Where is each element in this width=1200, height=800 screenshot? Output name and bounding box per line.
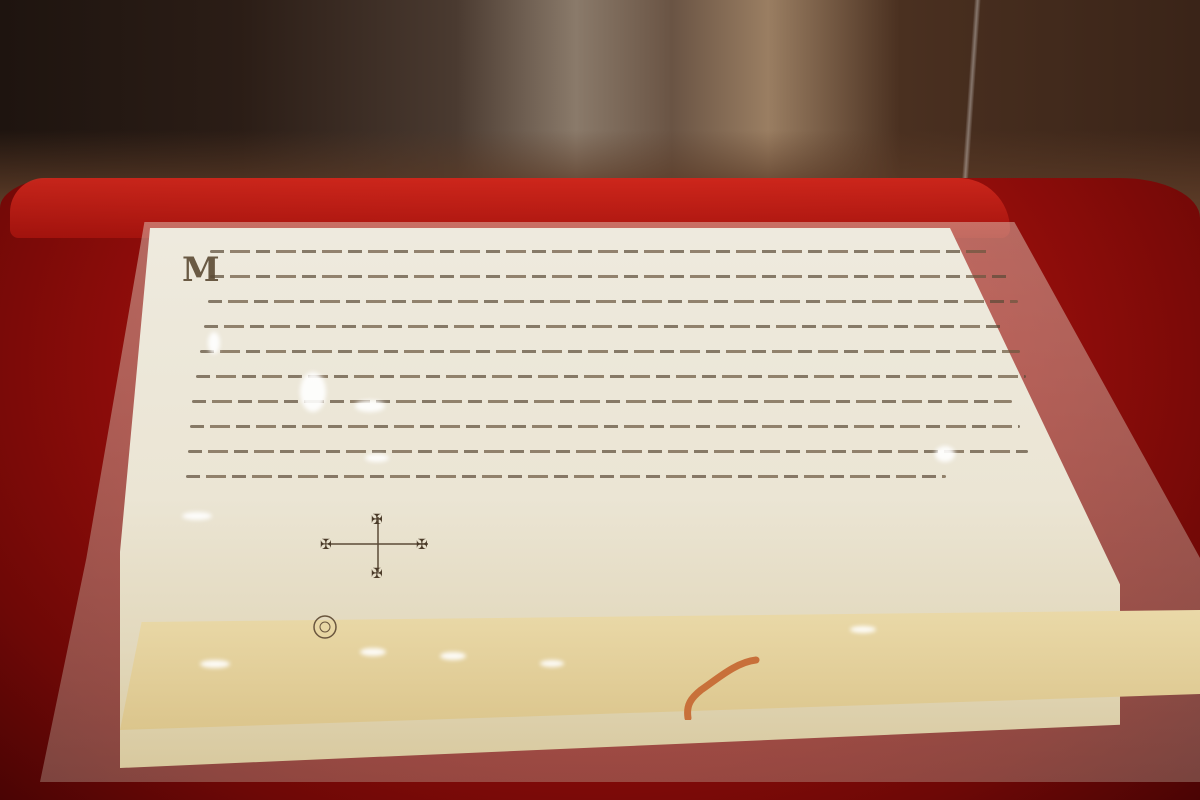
svg-text:✠: ✠ (320, 537, 332, 553)
script-line (188, 450, 1028, 453)
light-reflection (300, 372, 326, 412)
light-reflection (200, 660, 230, 668)
handwritten-script (180, 250, 1000, 500)
light-reflection (360, 648, 386, 656)
notarial-sign-icon (305, 612, 345, 642)
script-line (210, 250, 990, 253)
light-reflection (182, 512, 212, 520)
cross-signum-icon: ✠ ✠ ✠ ✠ (318, 512, 438, 582)
script-line (186, 475, 946, 478)
script-line (210, 275, 1010, 278)
svg-text:✠: ✠ (371, 566, 383, 582)
light-reflection (365, 454, 389, 462)
seal-cord (676, 650, 766, 720)
light-reflection (850, 626, 876, 633)
script-line (204, 325, 1004, 328)
light-reflection (540, 660, 564, 667)
script-line (208, 300, 1018, 303)
light-reflection (440, 652, 466, 660)
scene-subject: Medieval handwritten parchment charter i… (0, 0, 1, 1)
light-reflection (935, 446, 955, 462)
svg-text:✠: ✠ (371, 512, 383, 528)
light-reflection (208, 332, 220, 354)
script-line (190, 425, 1020, 428)
light-reflection (355, 400, 385, 412)
script-line (200, 350, 1020, 353)
svg-text:✠: ✠ (416, 537, 428, 553)
